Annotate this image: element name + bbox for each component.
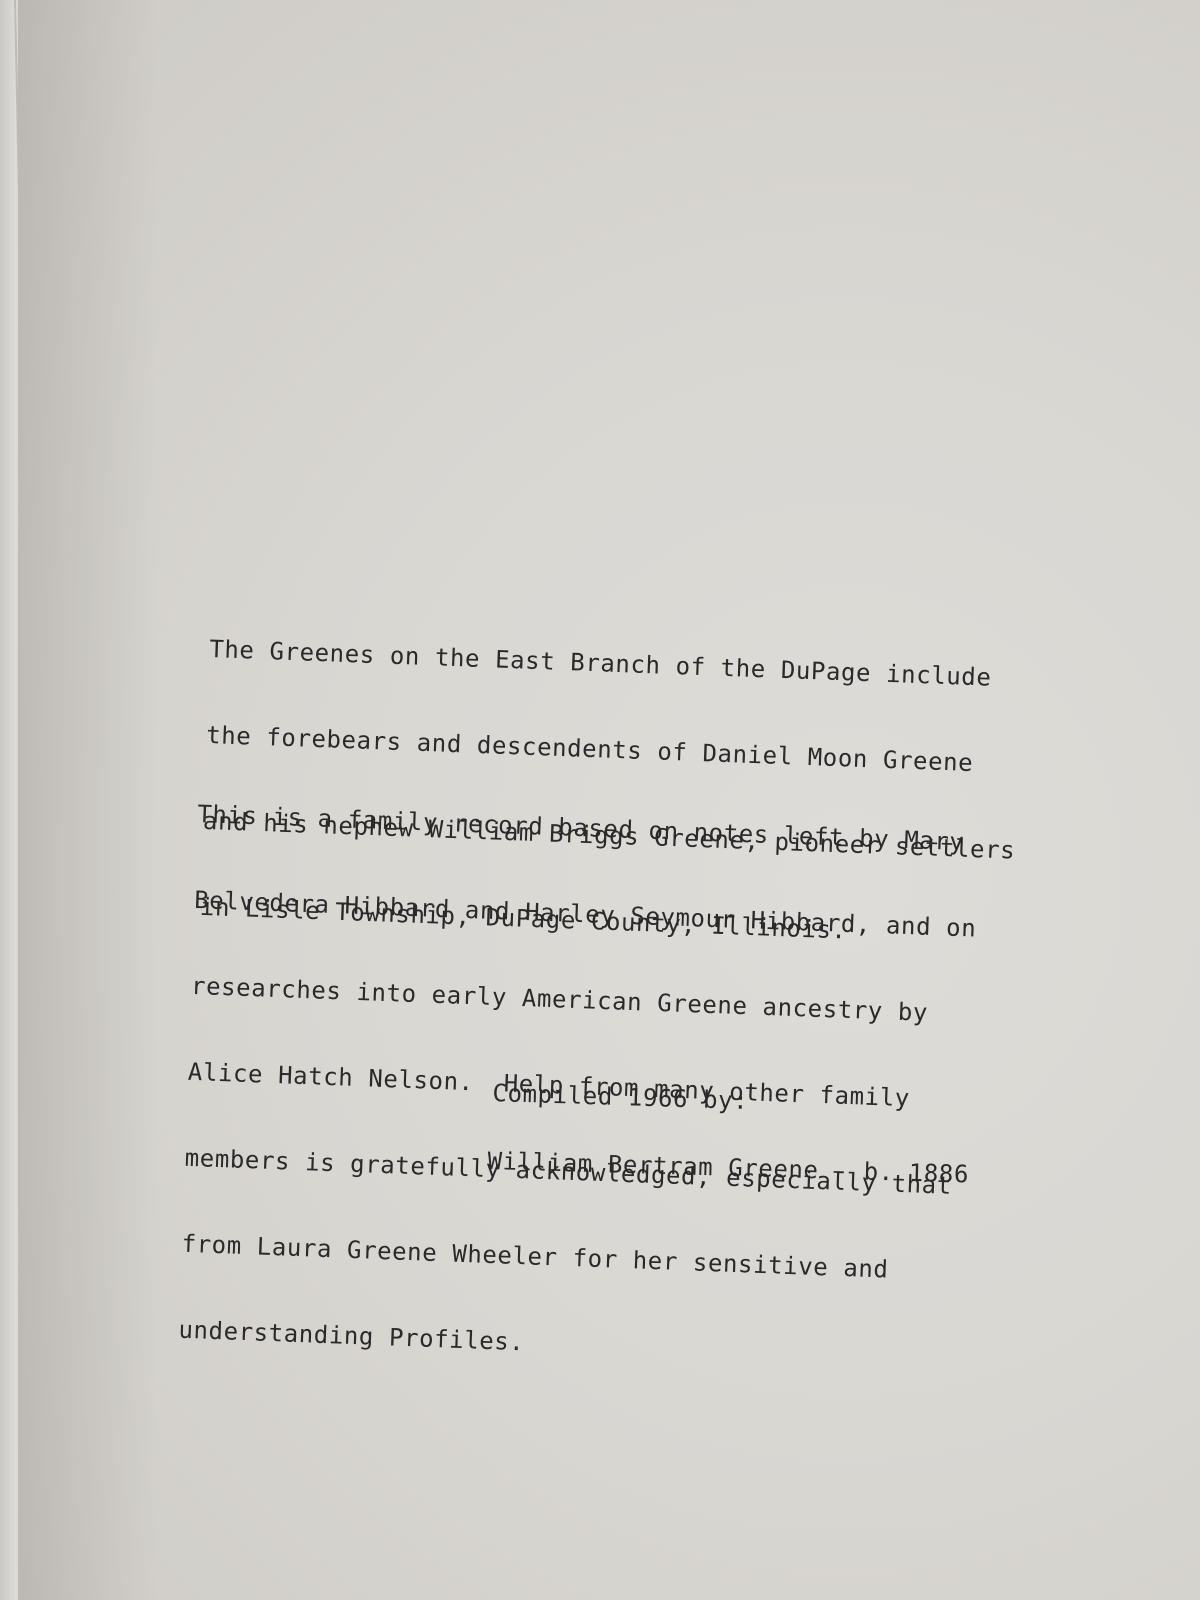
acknowledgement-line: researches into early American Greene an… — [191, 971, 974, 1030]
acknowledgement-line: understanding Profiles. — [178, 1315, 961, 1374]
acknowledgement-line: from Laura Greene Wheeler for her sensit… — [181, 1229, 964, 1288]
intro-line: The Greenes on the East Branch of the Du… — [209, 634, 1022, 694]
acknowledgement-line: This is a family record based on notes l… — [197, 799, 980, 858]
acknowledgement-paragraph: This is a family record based on notes l… — [177, 743, 982, 1401]
acknowledgement-line: Belvedera Hibbard and Harley Seymour Hib… — [194, 885, 977, 944]
